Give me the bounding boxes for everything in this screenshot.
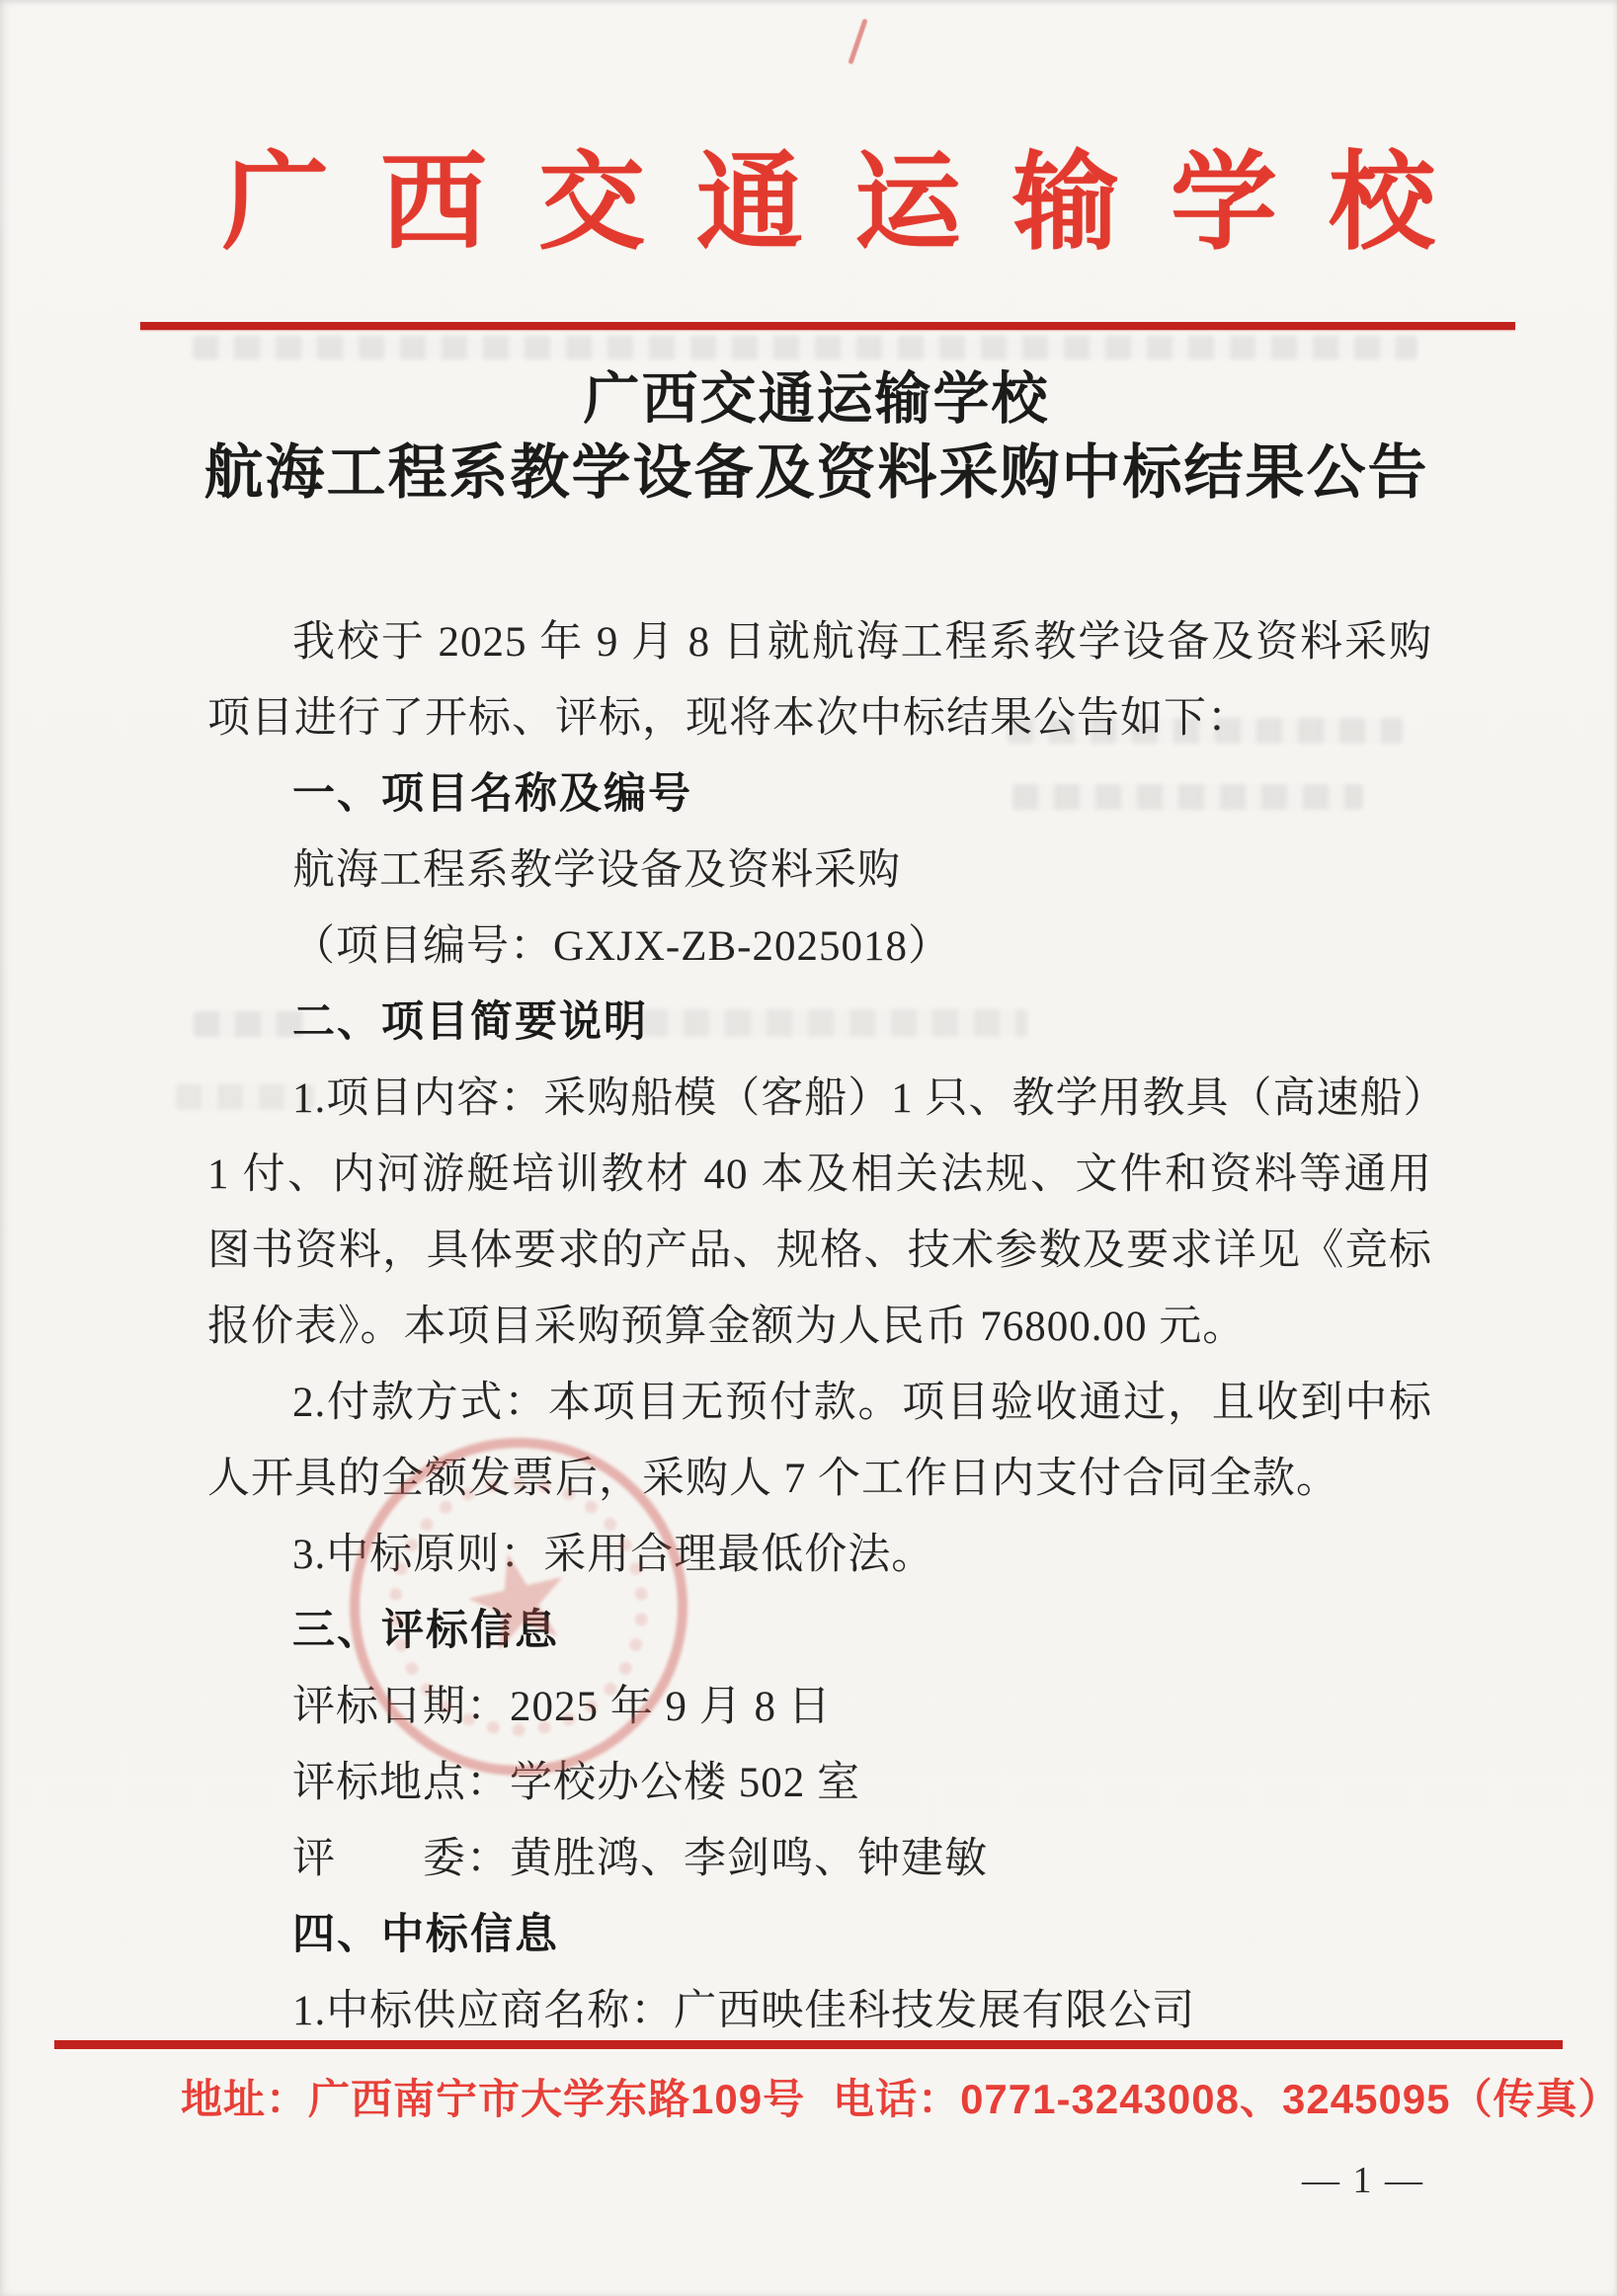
bleedthrough-artifact — [193, 336, 1417, 359]
red-pen-mark — [848, 18, 867, 64]
body-line: 2.付款方式：本项目无预付款。项目验收通过，且收到中标 — [207, 1365, 1432, 1441]
body-line: 报价表》。本项目采购预算金额为人民币 76800.00 元。 — [207, 1289, 1432, 1365]
body-line: 1 付、内河游艇培训教材 40 本及相关法规、文件和资料等通用 — [207, 1137, 1432, 1213]
document-title-line2: 航海工程系教学设备及资料采购中标结果公告 — [16, 436, 1617, 511]
body-line: 3.中标原则：采用合理最低价法。 — [207, 1517, 1432, 1593]
letterhead-rule — [140, 322, 1515, 330]
body-line: 项目进行了开标、评标，现将本次中标结果公告如下： — [207, 680, 1432, 756]
footer-rule — [54, 2040, 1563, 2049]
body-line: 评标日期：2025 年 9 月 8 日 — [207, 1669, 1432, 1745]
document-body: 我校于 2025 年 9 月 8 日就航海工程系教学设备及资料采购项目进行了开标… — [207, 604, 1432, 2049]
section-heading: 四、中标信息 — [207, 1897, 1432, 1973]
section-heading: 一、项目名称及编号 — [207, 756, 1432, 832]
section-heading: 二、项目简要说明 — [207, 985, 1432, 1061]
body-line: 评标地点：学校办公楼 502 室 — [207, 1745, 1432, 1821]
document-title-line1: 广西交通运输学校 — [16, 367, 1617, 433]
body-line: 1.项目内容：采购船模（客船）1 只、教学用教具（高速船） — [207, 1061, 1432, 1137]
footer-phone: 电话：0771-3243008、3245095（传真） — [833, 2076, 1617, 2122]
footer-address: 地址：广西南宁市大学东路109号 — [181, 2076, 805, 2122]
scanned-announcement-page: 广西交通运输学校 广西交通运输学校 航海工程系教学设备及资料采购中标结果公告 我… — [0, 0, 1617, 2296]
section-heading: 三、评标信息 — [207, 1593, 1432, 1669]
letterhead-school-name: 广西交通运输学校 — [222, 144, 1487, 265]
footer-contact-line: 地址：广西南宁市大学东路109号电话：0771-3243008、3245095（… — [181, 2074, 1617, 2125]
body-line: 评 委：黄胜鸿、李剑鸣、钟建敏 — [207, 1821, 1432, 1897]
page-number: — 1 — — [1284, 2159, 1442, 2202]
body-line: 人开具的全额发票后，采购人 7 个工作日内支付合同全款。 — [207, 1441, 1432, 1517]
body-line: （项目编号：GXJX-ZB-2025018） — [207, 909, 1432, 985]
body-line: 航海工程系教学设备及资料采购 — [207, 832, 1432, 909]
body-line: 1.中标供应商名称：广西映佳科技发展有限公司 — [207, 1973, 1432, 2049]
body-line: 我校于 2025 年 9 月 8 日就航海工程系教学设备及资料采购 — [207, 604, 1432, 680]
body-line: 图书资料，具体要求的产品、规格、技术参数及要求详见《竞标 — [207, 1213, 1432, 1289]
